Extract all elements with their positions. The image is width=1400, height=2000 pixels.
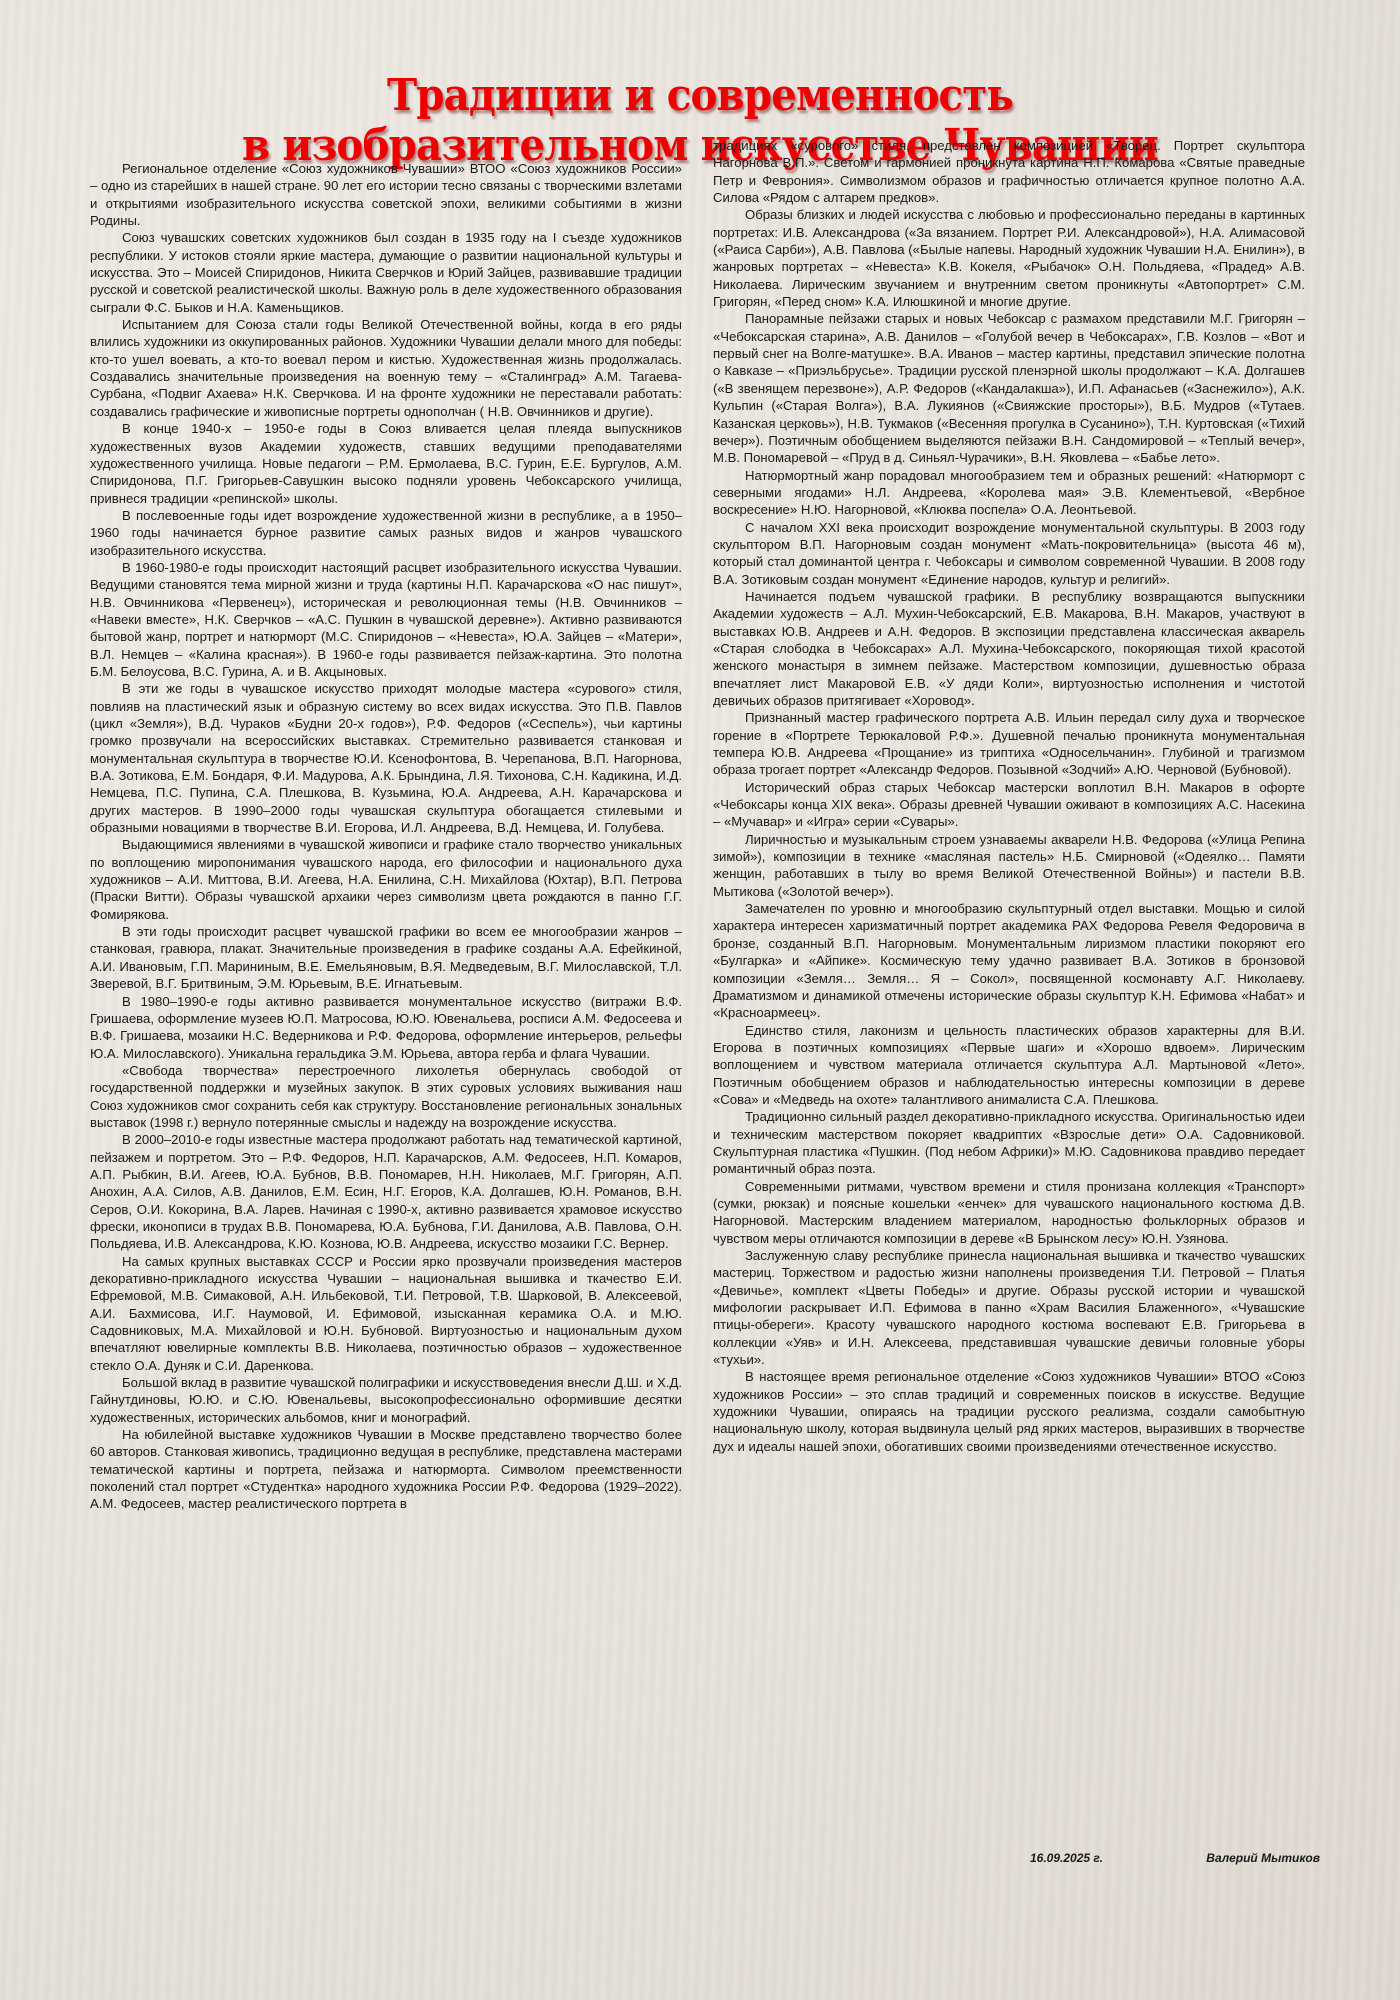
article-paragraph: В 1960-1980-е годы происходит настоящий …: [90, 559, 682, 680]
article-paragraph: Выдающимися явлениями в чувашской живопи…: [90, 836, 682, 923]
article-paragraph: В эти годы происходит расцвет чувашской …: [90, 923, 682, 992]
article-column-right: традициях «сурового» стиля, представлен …: [713, 137, 1305, 1455]
article-paragraph: Панорамные пейзажи старых и новых Чебокс…: [713, 310, 1305, 466]
article-paragraph: Единство стиля, лаконизм и цельность пла…: [713, 1022, 1305, 1109]
article-paragraph: Признанный мастер графического портрета …: [713, 709, 1305, 778]
article-paragraph: В 2000–2010-е годы известные мастера про…: [90, 1131, 682, 1252]
signature-block: 16.09.2025 г. Валерий Мытиков: [1030, 1851, 1320, 1865]
article-paragraph: На юбилейной выставке художников Чувашии…: [90, 1426, 682, 1513]
article-author: Валерий Мытиков: [1206, 1851, 1320, 1865]
article-paragraph: На самых крупных выставках СССР и России…: [90, 1253, 682, 1374]
article-paragraph: В послевоенные годы идет возрождение худ…: [90, 507, 682, 559]
article-paragraph: Испытанием для Союза стали годы Великой …: [90, 316, 682, 420]
article-paragraph: Заслуженную славу республике принесла на…: [713, 1247, 1305, 1368]
article-paragraph: В 1980–1990-е годы активно развивается м…: [90, 993, 682, 1062]
article-paragraph: «Свобода творчества» перестроечного лихо…: [90, 1062, 682, 1131]
article-paragraph: Союз чувашских советских художников был …: [90, 229, 682, 316]
article-paragraph: Современными ритмами, чувством времени и…: [713, 1178, 1305, 1247]
article-paragraph: Исторический образ старых Чебоксар масте…: [713, 779, 1305, 831]
article-column-left: Региональное отделение «Союз художников …: [90, 160, 682, 1513]
article-paragraph: Региональное отделение «Союз художников …: [90, 160, 682, 229]
article-paragraph: традициях «сурового» стиля, представлен …: [713, 137, 1305, 206]
article-paragraph: Образы близких и людей искусства с любов…: [713, 206, 1305, 310]
article-paragraph: Замечателен по уровню и многообразию ску…: [713, 900, 1305, 1021]
article-paragraph: В эти же годы в чувашское искусство прих…: [90, 680, 682, 836]
article-paragraph: Начинается подъем чувашской графики. В р…: [713, 588, 1305, 709]
article-paragraph: Традиционно сильный раздел декоративно-п…: [713, 1108, 1305, 1177]
article-paragraph: Большой вклад в развитие чувашской полиг…: [90, 1374, 682, 1426]
article-paragraph: Натюрмортный жанр порадовал многообразие…: [713, 467, 1305, 519]
article-date: 16.09.2025 г.: [1030, 1851, 1103, 1865]
title-line-1: Традиции и современность: [56, 71, 1344, 121]
article-paragraph: В конце 1940-х – 1950-е годы в Союз влив…: [90, 420, 682, 507]
article-paragraph: С началом XXI века происходит возрождени…: [713, 519, 1305, 588]
article-paragraph: В настоящее время региональное отделение…: [713, 1368, 1305, 1455]
article-paragraph: Лиричностью и музыкальным строем узнавае…: [713, 831, 1305, 900]
